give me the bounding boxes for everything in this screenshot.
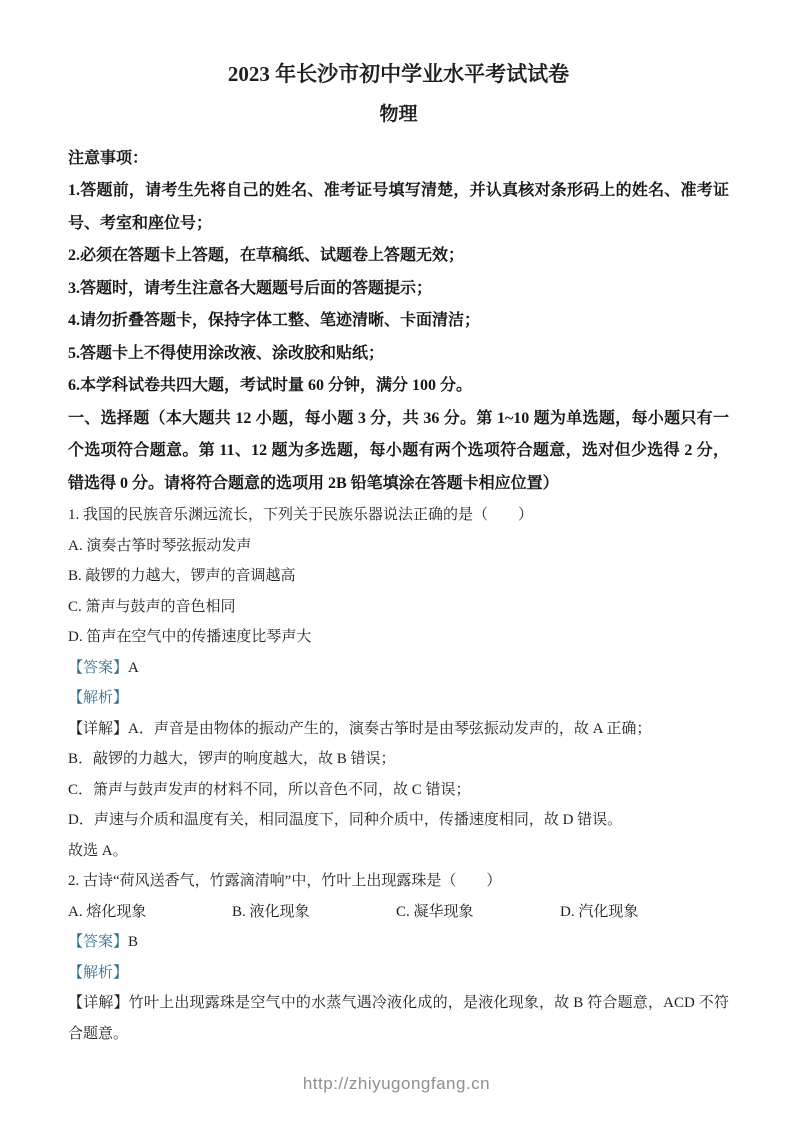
- page-subtitle: 物理: [68, 102, 729, 129]
- question-2-option-b: B. 液化现象: [232, 897, 396, 928]
- question-1-detail-line-c: C．箫声与鼓声发声的材料不同，所以音色不同，故 C 错误；: [68, 775, 729, 806]
- question-2-analysis-line: 【解析】: [68, 958, 729, 989]
- question-2-option-c: C. 凝华现象: [396, 897, 560, 928]
- notice-item-3: 3.答题时，请考生注意各大题题号后面的答题提示；: [68, 273, 729, 306]
- question-1-detail-line-d: D．声速与介质和温度有关，相同温度下，同种介质中，传播速度相同，故 D 错误。: [68, 805, 729, 836]
- question-1-option-b: B. 敲锣的力越大，锣声的音调越高: [68, 561, 729, 592]
- notice-item-2: 2.必须在答题卡上答题，在草稿纸、试题卷上答题无效；: [68, 240, 729, 273]
- question-1-answer-line: 【答案】A: [68, 653, 729, 684]
- question-1-stem: 1. 我国的民族音乐渊远流长，下列关于民族乐器说法正确的是（ ）: [68, 500, 729, 531]
- question-2-options-row: A. 熔化现象B. 液化现象C. 凝华现象D. 汽化现象: [68, 897, 729, 928]
- question-1-detail-line-a: 【详解】A．声音是由物体的振动产生的，演奏古筝时是由琴弦振动发声的，故 A 正确…: [68, 714, 729, 745]
- answer-value: A: [128, 660, 139, 676]
- detail-label: 【详解】: [68, 721, 128, 737]
- detail-label: 【详解】: [68, 995, 129, 1011]
- notice-item-4: 4.请勿折叠答题卡，保持字体工整、笔迹清晰、卡面清洁；: [68, 305, 729, 338]
- exam-paper-page: 2023 年长沙市初中学业水平考试试卷 物理 注意事项： 1.答题前，请考生先将…: [0, 0, 793, 1122]
- question-1-conclusion: 故选 A。: [68, 836, 729, 867]
- analysis-label: 【解析】: [68, 965, 128, 981]
- page-title: 2023 年长沙市初中学业水平考试试卷: [68, 60, 729, 89]
- question-2-stem: 2. 古诗“荷风送香气，竹露滴清响”中，竹叶上出现露珠是（ ）: [68, 866, 729, 897]
- analysis-label: 【解析】: [68, 690, 128, 706]
- question-2-answer-line: 【答案】B: [68, 927, 729, 958]
- section-heading: 一、选择题（本大题共 12 小题，每小题 3 分，共 36 分。第 1~10 题…: [68, 403, 729, 501]
- question-2-detail-line: 【详解】竹叶上出现露珠是空气中的水蒸气遇冷液化成的，是液化现象，故 B 符合题意…: [68, 988, 729, 1049]
- notice-item-1: 1.答题前，请考生先将自己的姓名、准考证号填写清楚，并认真核对条形码上的姓名、准…: [68, 175, 729, 240]
- question-2-option-a: A. 熔化现象: [68, 897, 232, 928]
- notice-heading: 注意事项：: [68, 143, 729, 176]
- question-1-option-c: C. 箫声与鼓声的音色相同: [68, 592, 729, 623]
- answer-value: B: [128, 934, 138, 950]
- answer-label: 【答案】: [68, 660, 128, 676]
- question-2-option-d: D. 汽化现象: [560, 897, 638, 928]
- notice-item-5: 5.答题卡上不得使用涂改液、涂改胶和贴纸；: [68, 338, 729, 371]
- notice-item-6: 6.本学科试卷共四大题，考试时量 60 分钟，满分 100 分。: [68, 370, 729, 403]
- answer-label: 【答案】: [68, 934, 128, 950]
- question-1-option-a: A. 演奏古筝时琴弦振动发声: [68, 531, 729, 562]
- question-1-option-d: D. 笛声在空气中的传播速度比琴声大: [68, 622, 729, 653]
- question-1-detail-line-b: B．敲锣的力越大，锣声的响度越大，故 B 错误；: [68, 744, 729, 775]
- footer-watermark-url: http://zhiyugongfang.cn: [0, 1074, 793, 1094]
- question-1-analysis-line: 【解析】: [68, 683, 729, 714]
